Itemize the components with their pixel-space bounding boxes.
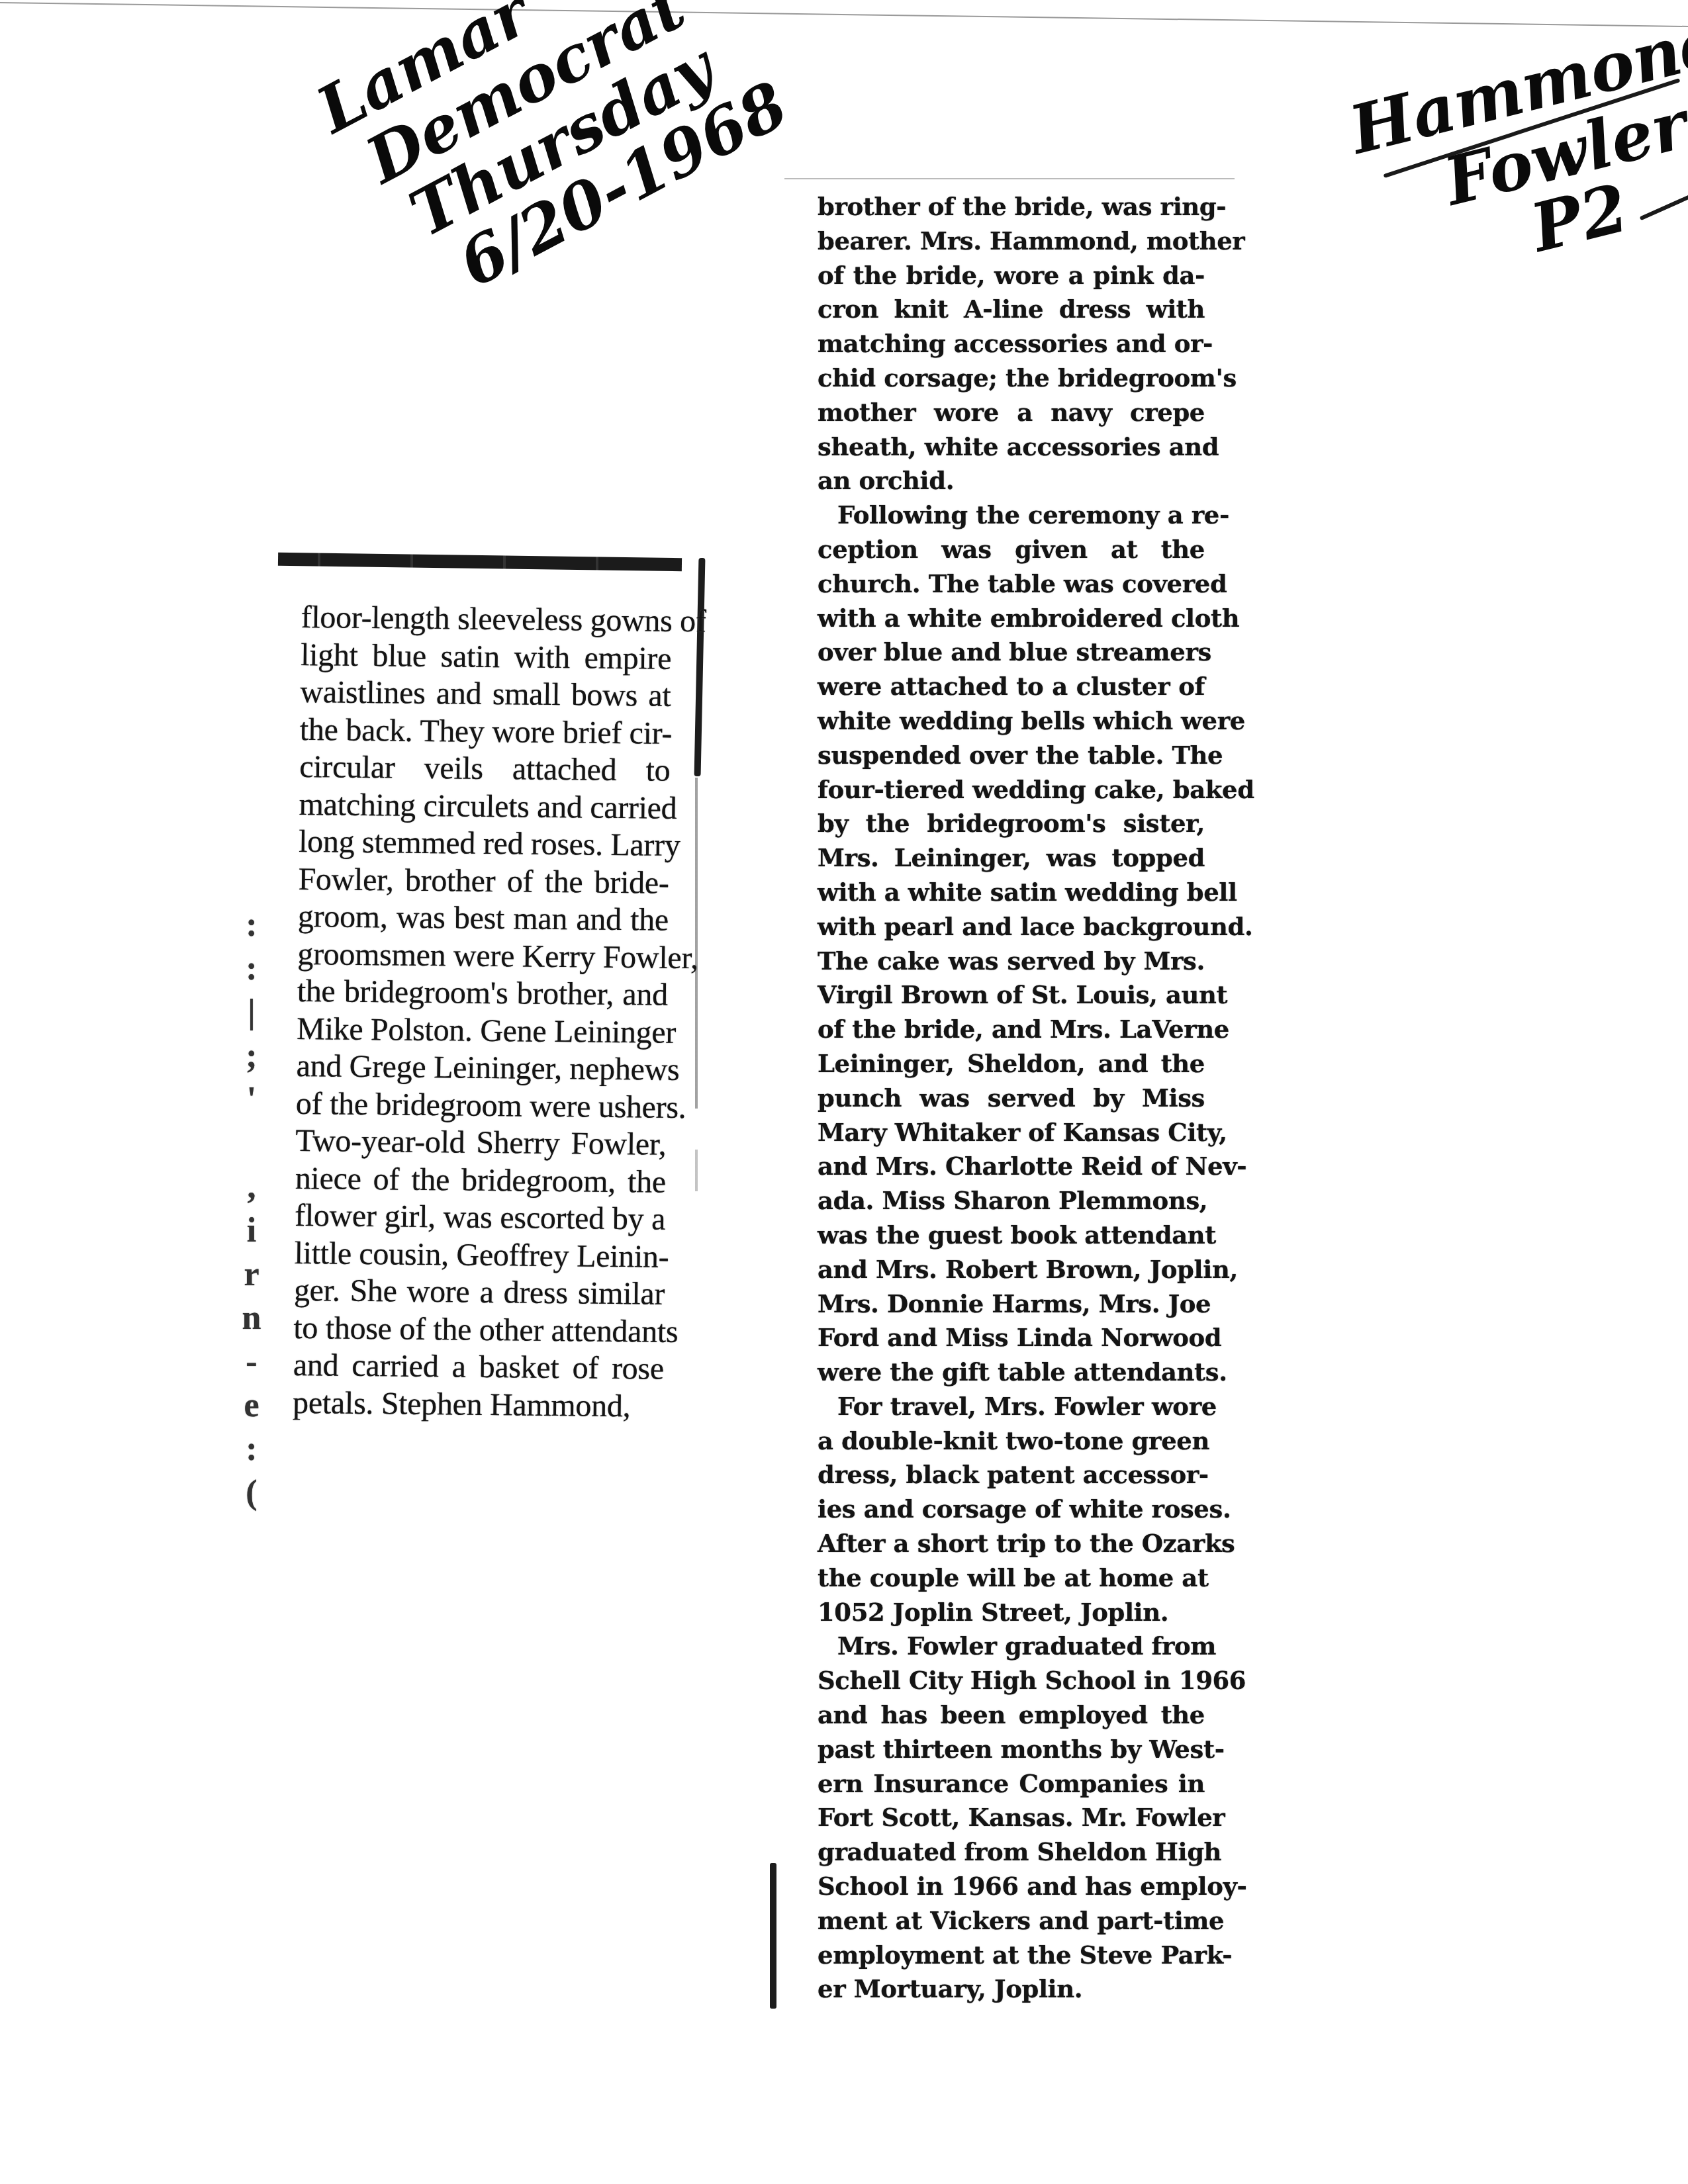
gutter-fragment: : [238,903,265,947]
column-rule-left [770,1863,776,2009]
paragraph-start-line: For travel, Mrs. Fowler wore [818,1390,1205,1424]
article-line: er Mortuary, Joplin. [818,1972,1205,2007]
column-rule-top [784,178,1235,179]
article-line: brother of the bride, was ring- [818,190,1205,224]
article-line: with a white embroidered cloth [818,602,1205,636]
article-line: punch was served by Miss [818,1081,1205,1116]
article-line: Schell City High School in 1966 [818,1664,1205,1698]
article-line: of the bride, wore a pink da- [818,259,1205,293]
article-line: Fort Scott, Kansas. Mr. Fowler [818,1801,1205,1835]
article-line: niece of the bridegroom, the [295,1160,667,1201]
article-line: Mary Whitaker of Kansas City, [818,1116,1205,1150]
gutter-fragment: : [238,947,265,991]
article-line: and carried a basket of rose [293,1347,665,1388]
article-line: to those of the other attendants [293,1309,665,1350]
gutter-fragment [238,1122,265,1165]
article-line: Fowler, brother of the bride- [298,860,669,901]
gutter-fragment: n [238,1297,265,1340]
article-line: The cake was served by Mrs. [818,944,1205,979]
article-line: School in 1966 and has employ- [818,1870,1205,1904]
article-line: mother wore a navy crepe [818,396,1205,430]
handwritten-names-note: Hammond Fowler P2 [1344,7,1688,298]
gutter-fragment: ' [238,1078,265,1122]
article-line: matching accessories and or- [818,327,1205,361]
article-line: cron knit A-line dress with [818,293,1205,327]
article-line: white wedding bells which were [818,704,1205,739]
article-line: by the bridegroom's sister, [818,807,1205,841]
paragraph-start-line: Mrs. Fowler graduated from [818,1629,1205,1664]
article-line: bearer. Mrs. Hammond, mother [818,224,1205,259]
article-line: with pearl and lace background. [818,910,1205,944]
column-rule-right-faint [695,778,698,1605]
article-line: an orchid. [818,464,1205,498]
gutter-fragment: , [238,1165,265,1209]
article-line: ment at Vickers and part-time [818,1904,1205,1938]
paragraph-start-line: Following the ceremony a re- [818,498,1205,533]
article-line: Mrs. Donnie Harms, Mrs. Joe [818,1287,1205,1322]
gutter-fragment: | [238,991,265,1034]
article-line: petals. Stephen Hammond, [293,1384,664,1425]
article-line: chid corsage; the bridegroom's [818,361,1205,396]
article-line: and has been employed the [818,1698,1205,1733]
gutter-fragment: ; [238,1034,265,1078]
gutter-fragment: i [238,1209,265,1253]
column-rule-right [694,558,706,776]
article-line: were the gift table attendants. [818,1355,1205,1390]
article-line: was the guest book attendant [818,1218,1205,1253]
gutter-fragment: : [238,1428,265,1471]
gutter-fragment: - [238,1340,265,1384]
article-line: the back. They wore brief cir- [300,711,671,752]
article-line: Virgil Brown of St. Louis, aunt [818,978,1205,1013]
article-line: and Mrs. Robert Brown, Joplin, [818,1253,1205,1287]
column-rule-top [278,553,682,572]
article-line: ger. She wore a dress similar [294,1272,665,1313]
article-line: sheath, white accessories and [818,430,1205,465]
article-line: graduated from Sheldon High [818,1835,1205,1870]
gutter-fragment: ( [238,1471,265,1515]
article-line: employment at the Steve Park- [818,1938,1205,1973]
article-line: ern Insurance Companies in [818,1767,1205,1801]
article-line: the bridegroom's brother, and [297,973,668,1014]
article-line: and Grege Leininger, nephews [296,1048,667,1089]
article-line: suspended over the table. The [818,739,1205,773]
article-line: the couple will be at home at [818,1561,1205,1596]
article-line: Two-year-old Sherry Fowler, [295,1122,667,1163]
article-line: Ford and Miss Linda Norwood [818,1321,1205,1355]
article-line: past thirteen months by West- [818,1733,1205,1767]
newspaper-clipping-left: ::|;',irn-e:( floor-length sleeveless go… [271,546,675,1645]
article-line: matching circulets and carried [299,786,670,827]
article-line: ada. Miss Sharon Plemmons, [818,1184,1205,1218]
article-line: with a white satin wedding bell [818,876,1205,910]
article-line: ies and corsage of white roses. [818,1492,1205,1527]
article-line: After a short trip to the Ozarks [818,1527,1205,1561]
article-line: four-tiered wedding cake, baked [818,773,1205,807]
article-line: flower girl, was escorted by a [295,1197,666,1238]
adjacent-column-fragments: ::|;',irn-e:( [238,903,265,1515]
article-text-column-2: brother of the bride, was ring-bearer. M… [818,190,1205,2007]
article-line: dress, black patent accessor- [818,1458,1205,1492]
article-line: light blue satin with empire [301,636,672,677]
article-line: a double-knit two-tone green [818,1424,1205,1459]
article-line: Mrs. Leininger, was topped [818,841,1205,876]
article-line: Mike Polston. Gene Leininger [297,1010,668,1051]
newspaper-clipping-right: brother of the bride, was ring-bearer. M… [784,182,1221,2028]
handwritten-source-note: Lamar Democrat Thursday 6/20-1968 [285,0,797,334]
article-line: floor-length sleeveless gowns of [301,599,672,640]
article-text-column-1: floor-length sleeveless gowns oflight bl… [293,599,672,1426]
article-line: were attached to a cluster of [818,670,1205,704]
article-line: of the bridegroom were ushers. [296,1085,667,1126]
article-line: Leininger, Sheldon, and the [818,1047,1205,1081]
article-line: circular veils attached to [299,749,671,790]
article-line: ception was given at the [818,533,1205,567]
gutter-fragment: e [238,1384,265,1428]
article-line: and Mrs. Charlotte Reid of Nev- [818,1150,1205,1184]
gutter-fragment: r [238,1253,265,1297]
article-line: groom, was best man and the [298,898,669,939]
article-line: over blue and blue streamers [818,635,1205,670]
article-line: long stemmed red roses. Larry [299,823,670,864]
article-line: of the bride, and Mrs. LaVerne [818,1013,1205,1047]
article-line: waistlines and small bows at [300,674,671,715]
scan-edge-line [0,0,1688,40]
article-line: 1052 Joplin Street, Joplin. [818,1596,1205,1630]
article-line: church. The table was covered [818,567,1205,602]
article-line: little cousin, Geoffrey Leinin- [294,1234,665,1275]
article-line: groomsmen were Kerry Fowler, [297,935,669,976]
